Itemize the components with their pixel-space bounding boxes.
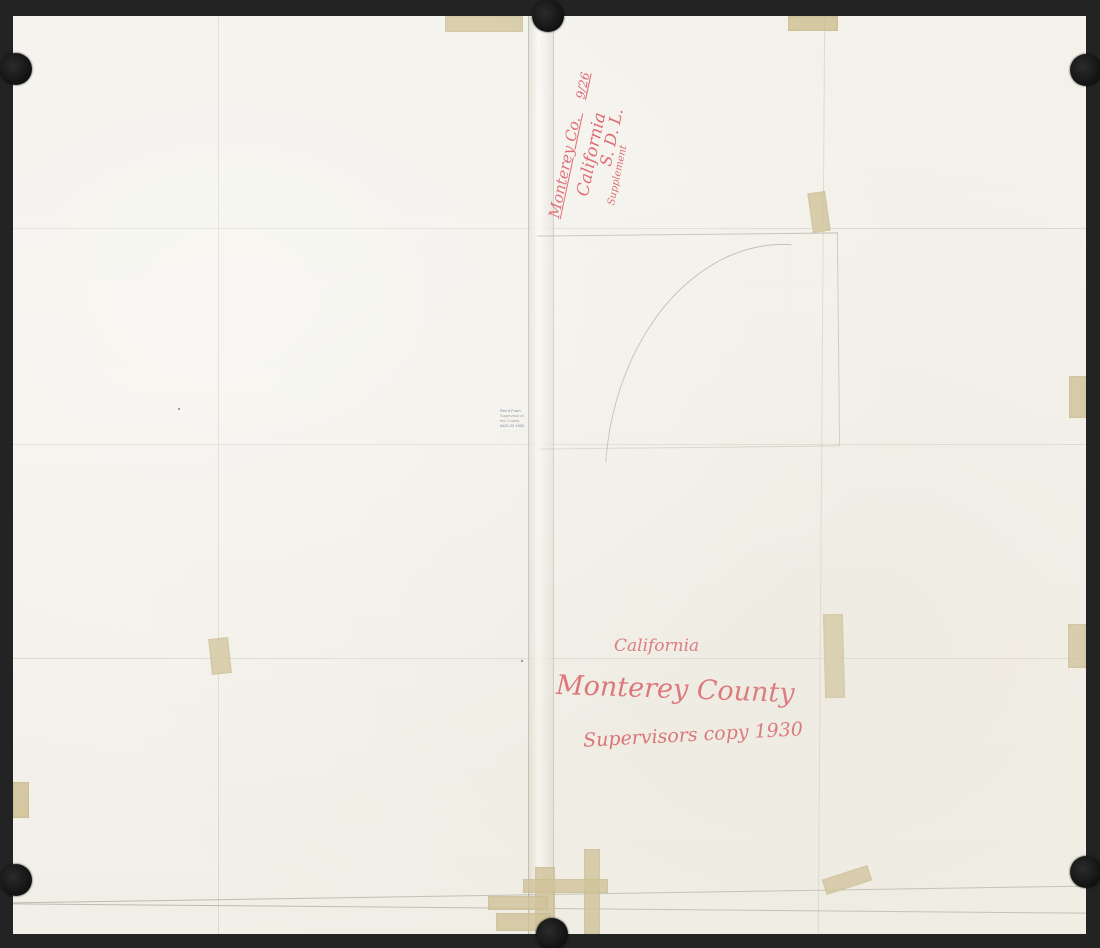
mounting-pin xyxy=(532,0,564,32)
tape-strip xyxy=(488,896,548,910)
center-seam xyxy=(528,16,554,934)
ink-dot xyxy=(521,660,523,662)
mounting-pin xyxy=(1070,856,1100,888)
ink-dot xyxy=(178,408,180,410)
tape-strip xyxy=(1069,376,1086,418)
tape-strip xyxy=(208,637,232,675)
annotation-monterey-county: Monterey County xyxy=(556,670,796,709)
tape-strip xyxy=(823,614,845,698)
fold-line xyxy=(818,16,825,934)
tape-strip xyxy=(445,16,523,32)
mounting-pin xyxy=(1070,54,1100,86)
map-sheet-reverse: Rec'd From Supervisor of the County AUG … xyxy=(13,16,1086,934)
fold-line xyxy=(218,16,219,934)
received-stamp: Rec'd From Supervisor of the County AUG … xyxy=(500,408,540,428)
tape-strip xyxy=(1068,624,1086,668)
tape-strip xyxy=(13,782,29,818)
tape-strip xyxy=(788,16,838,31)
mounting-pin xyxy=(0,53,32,85)
stamp-line: AUG 22 1930 xyxy=(500,423,540,428)
mounting-pin xyxy=(0,864,32,896)
annotation-supervisors-copy: Supervisors copy 1930 xyxy=(583,718,804,751)
mounting-pin xyxy=(536,918,568,948)
tape-strip xyxy=(822,865,873,895)
tape-strip xyxy=(807,191,830,233)
annotation-california: California xyxy=(614,636,699,656)
annotation-date: 9/26 xyxy=(573,71,592,100)
tape-strip xyxy=(523,879,608,893)
